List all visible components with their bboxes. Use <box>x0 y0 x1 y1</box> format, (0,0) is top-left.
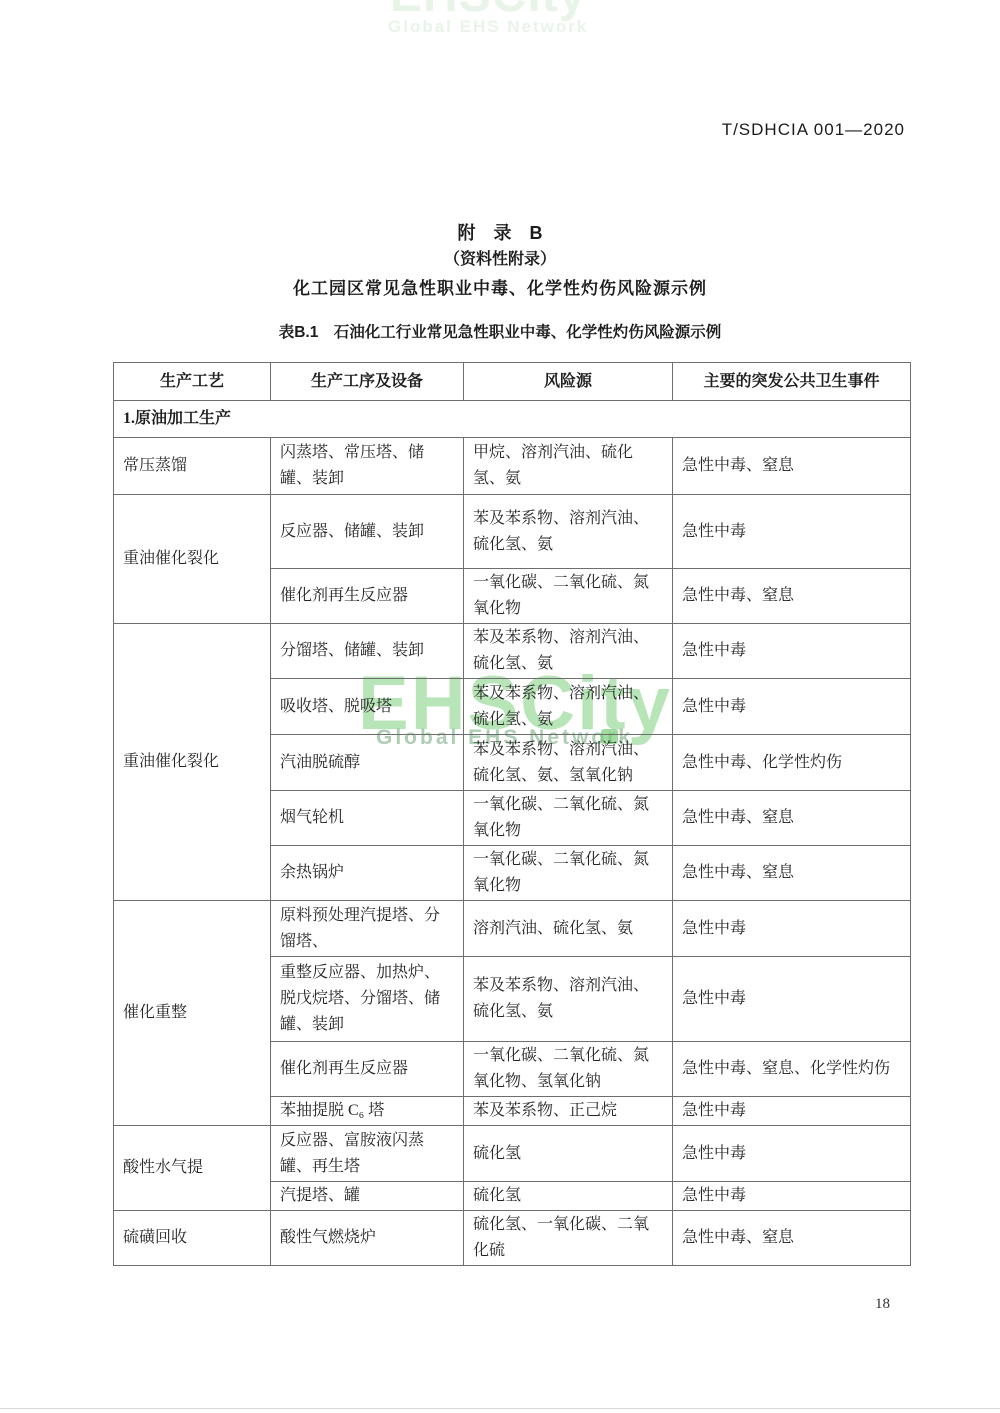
table-b1: 生产工艺生产工序及设备风险源主要的突发公共卫生事件 1.原油加工生产常压蒸馏闪蒸… <box>113 362 911 1266</box>
equipment-cell: 反应器、储罐、装卸 <box>271 495 464 569</box>
appendix-subtitle: （资料性附录） <box>0 246 1000 269</box>
event-cell: 急性中毒 <box>673 1097 911 1126</box>
table-row: 催化重整原料预处理汽提塔、分馏塔、溶剂汽油、硫化氢、氨急性中毒 <box>114 901 911 957</box>
event-cell: 急性中毒 <box>673 1126 911 1182</box>
table-row: 酸性水气提反应器、富胺液闪蒸罐、再生塔硫化氢急性中毒 <box>114 1126 911 1182</box>
event-cell: 急性中毒 <box>673 624 911 679</box>
risk-cell: 硫化氢 <box>464 1126 673 1182</box>
equipment-cell: 反应器、富胺液闪蒸罐、再生塔 <box>271 1126 464 1182</box>
equipment-cell: 苯抽提脱 C₆ 塔 <box>271 1097 464 1126</box>
equipment-cell: 烟气轮机 <box>271 791 464 846</box>
risk-cell: 苯及苯系物、溶剂汽油、硫化氢、氨 <box>464 957 673 1042</box>
event-cell: 急性中毒、化学性灼伤 <box>673 735 911 791</box>
appendix-title: 附 录 B <box>0 219 1000 245</box>
table-row: 硫磺回收酸性气燃烧炉硫化氢、一氧化碳、二氧化硫急性中毒、窒息 <box>114 1211 911 1266</box>
risk-cell: 硫化氢、一氧化碳、二氧化硫 <box>464 1211 673 1266</box>
section-label: 1.原油加工生产 <box>114 401 911 438</box>
event-cell: 急性中毒、窒息 <box>673 791 911 846</box>
process-cell-4: 酸性水气提 <box>114 1126 271 1211</box>
event-cell: 急性中毒 <box>673 1182 911 1211</box>
risk-cell: 苯及苯系物、溶剂汽油、硫化氢、氨 <box>464 624 673 679</box>
document-page: T/SDHCIA 001—2020 附 录 B （资料性附录） 化工园区常见急性… <box>0 0 1000 1413</box>
equipment-cell: 吸收塔、脱吸塔 <box>271 679 464 735</box>
risk-cell: 硫化氢 <box>464 1182 673 1211</box>
risk-cell: 一氧化碳、二氧化硫、氮氧化物、氢氧化钠 <box>464 1042 673 1097</box>
risk-source-table: 生产工艺生产工序及设备风险源主要的突发公共卫生事件 1.原油加工生产常压蒸馏闪蒸… <box>113 362 911 1266</box>
equipment-cell: 分馏塔、储罐、装卸 <box>271 624 464 679</box>
column-header-1: 生产工序及设备 <box>271 363 464 401</box>
equipment-cell: 重整反应器、加热炉、脱戊烷塔、分馏塔、储罐、装卸 <box>271 957 464 1042</box>
page-edge-divider <box>0 1408 1000 1409</box>
risk-cell: 溶剂汽油、硫化氢、氨 <box>464 901 673 957</box>
section-row: 1.原油加工生产 <box>114 401 911 438</box>
event-cell: 急性中毒 <box>673 679 911 735</box>
equipment-cell: 原料预处理汽提塔、分馏塔、 <box>271 901 464 957</box>
risk-cell: 甲烷、溶剂汽油、硫化氢、氨 <box>464 438 673 495</box>
equipment-cell: 汽油脱硫醇 <box>271 735 464 791</box>
process-cell-1: 重油催化裂化 <box>114 495 271 624</box>
page-number: 18 <box>875 1296 890 1313</box>
table-row: 重油催化裂化分馏塔、储罐、装卸苯及苯系物、溶剂汽油、硫化氢、氨急性中毒 <box>114 624 911 679</box>
table-row: 常压蒸馏闪蒸塔、常压塔、储罐、装卸甲烷、溶剂汽油、硫化氢、氨急性中毒、窒息 <box>114 438 911 495</box>
equipment-cell: 催化剂再生反应器 <box>271 569 464 624</box>
table-header-row: 生产工艺生产工序及设备风险源主要的突发公共卫生事件 <box>114 363 911 401</box>
equipment-cell: 汽提塔、罐 <box>271 1182 464 1211</box>
event-cell: 急性中毒、窒息 <box>673 1211 911 1266</box>
event-cell: 急性中毒 <box>673 901 911 957</box>
process-cell-5: 硫磺回收 <box>114 1211 271 1266</box>
risk-cell: 苯及苯系物、溶剂汽油、硫化氢、氨、氢氧化钠 <box>464 735 673 791</box>
appendix-heading: 化工园区常见急性职业中毒、化学性灼伤风险源示例 <box>0 274 1000 299</box>
event-cell: 急性中毒、窒息 <box>673 438 911 495</box>
table-caption: 表B.1 石油化工行业常见急性职业中毒、化学性灼伤风险源示例 <box>0 320 1000 342</box>
process-cell-0: 常压蒸馏 <box>114 438 271 495</box>
process-cell-2: 重油催化裂化 <box>114 624 271 901</box>
event-cell: 急性中毒 <box>673 495 911 569</box>
process-cell-3: 催化重整 <box>114 901 271 1126</box>
standard-number: T/SDHCIA 001—2020 <box>722 120 905 140</box>
event-cell: 急性中毒 <box>673 957 911 1042</box>
column-header-3: 主要的突发公共卫生事件 <box>673 363 911 401</box>
risk-cell: 一氧化碳、二氧化硫、氮氧化物 <box>464 791 673 846</box>
risk-cell: 苯及苯系物、正己烷 <box>464 1097 673 1126</box>
event-cell: 急性中毒、窒息 <box>673 846 911 901</box>
equipment-cell: 闪蒸塔、常压塔、储罐、装卸 <box>271 438 464 495</box>
equipment-cell: 催化剂再生反应器 <box>271 1042 464 1097</box>
event-cell: 急性中毒、窒息、化学性灼伤 <box>673 1042 911 1097</box>
equipment-cell: 酸性气燃烧炉 <box>271 1211 464 1266</box>
table-row: 重油催化裂化反应器、储罐、装卸苯及苯系物、溶剂汽油、硫化氢、氨急性中毒 <box>114 495 911 569</box>
risk-cell: 一氧化碳、二氧化硫、氮氧化物 <box>464 569 673 624</box>
event-cell: 急性中毒、窒息 <box>673 569 911 624</box>
watermark-top-fragment: EHSCity Global EHS Network <box>388 0 588 36</box>
column-header-2: 风险源 <box>464 363 673 401</box>
column-header-0: 生产工艺 <box>114 363 271 401</box>
risk-cell: 苯及苯系物、溶剂汽油、硫化氢、氨 <box>464 679 673 735</box>
risk-cell: 苯及苯系物、溶剂汽油、硫化氢、氨 <box>464 495 673 569</box>
risk-cell: 一氧化碳、二氧化硫、氮氧化物 <box>464 846 673 901</box>
equipment-cell: 余热锅炉 <box>271 846 464 901</box>
